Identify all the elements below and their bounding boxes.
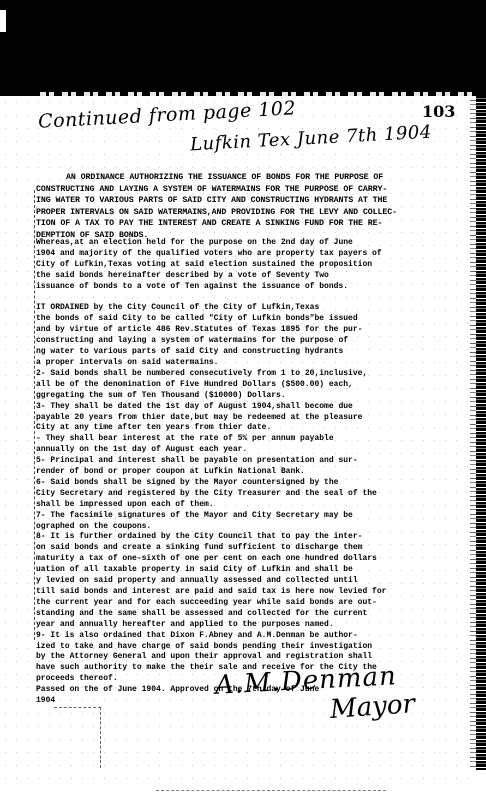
body-line: 3- They shall be dated the 1st day of Au… xyxy=(36,402,353,411)
body-line: by the Attorney General and upon their a… xyxy=(36,652,372,661)
body-line: 9- It is also ordained that Dixon F.Abne… xyxy=(36,631,358,640)
body-line: all be of the denomination of Five Hundr… xyxy=(36,380,353,389)
body-line: ographed on the coupons. xyxy=(36,522,151,531)
body-line: shall be impressed upon each of them. xyxy=(36,500,214,509)
ledger-margin-box xyxy=(54,707,101,768)
title-line: TION OF A TAX TO PAY THE INTEREST AND CR… xyxy=(36,218,456,230)
page-number: 103 xyxy=(422,102,455,121)
body-line: 8- It is further ordained by the City Co… xyxy=(36,532,362,541)
body-line: the said bonds hereinafter described by … xyxy=(36,271,329,280)
body-line: 1904 xyxy=(36,696,55,705)
scan-frayed-edge xyxy=(40,92,480,96)
handwritten-continued-note: Continued from page 102 xyxy=(38,97,297,132)
title-line: AN ORDINANCE AUTHORIZING THE ISSUANCE OF… xyxy=(36,172,456,184)
body-line: annually on the 1st day of August each y… xyxy=(36,445,247,454)
body-line: City of Lufkin,Texas voting at said elec… xyxy=(36,260,372,269)
body-line: 6- Said bonds shall be signed by the May… xyxy=(36,478,338,487)
body-line: standing and the same shall be assessed … xyxy=(36,609,367,618)
body-line: 7- The facsimile signatures of the Mayor… xyxy=(36,511,353,520)
body-line: the current year and for each succeeding… xyxy=(36,598,377,607)
body-line: ized to take and have charge of said bon… xyxy=(36,642,372,651)
body-line: and by virtue of article 486 Rev.Statute… xyxy=(36,325,362,334)
body-line: a proper intervals on said watermains. xyxy=(36,358,218,367)
body-line: proceeds thereof. xyxy=(36,674,118,683)
scan-edge xyxy=(0,10,6,32)
body-line: payable 20 years from thier date,but may… xyxy=(36,413,362,422)
body-line: City Secretary and registered by the Cit… xyxy=(36,489,377,498)
ordinance-body: Whereas,at an election held for the purp… xyxy=(36,238,466,707)
scan-dark-margin xyxy=(0,0,486,96)
body-line: maturity a tax of one-sixth of one per c… xyxy=(36,554,377,563)
handwritten-place-date: Lufkin Tex June 7th 1904 xyxy=(190,122,433,156)
body-line: 2- Said bonds shall be numbered consecut… xyxy=(36,369,367,378)
body-line: uation of all taxable property in said C… xyxy=(36,565,353,574)
body-line: IT ORDAINED by the City Council of the C… xyxy=(36,303,319,312)
body-line: ng water to various parts of said City a… xyxy=(36,347,343,356)
body-line: on said bonds and create a sinking fund … xyxy=(36,543,362,552)
body-line: render of bond or proper coupon at Lufki… xyxy=(36,467,305,476)
title-line: ING WATER TO VARIOUS PARTS OF SAID CITY … xyxy=(36,195,456,207)
body-line: 1904 and majority of the qualified voter… xyxy=(36,249,382,258)
body-line: year and annually hereafter and applied … xyxy=(36,620,334,629)
scan-right-edge-noise xyxy=(470,100,476,770)
body-line: issuance of bonds to a vote of Ten again… xyxy=(36,282,348,291)
signature-title: Mayor xyxy=(329,689,416,725)
body-line: - They shall bear interest at the rate o… xyxy=(36,434,334,443)
body-line: ggregating the sum of Ten Thousand ($100… xyxy=(36,391,286,400)
ledger-bottom-rule xyxy=(156,790,386,791)
scan-right-edge xyxy=(476,96,486,770)
body-line: Whereas,at an election held for the purp… xyxy=(36,238,353,247)
ordinance-title: AN ORDINANCE AUTHORIZING THE ISSUANCE OF… xyxy=(36,172,456,241)
body-lines: Whereas,at an election held for the purp… xyxy=(36,238,466,707)
title-line: PROPER INTERVALS ON SAID WATERMAINS,AND … xyxy=(36,207,456,219)
body-line: the bonds of said City to be called "Cit… xyxy=(36,314,358,323)
body-line: y levied on said property and annually a… xyxy=(36,576,358,585)
body-line: 5- Principal and interest shall be payab… xyxy=(36,456,358,465)
title-line: CONSTRUCTING AND LAYING A SYSTEM OF WATE… xyxy=(36,184,456,196)
body-line: constructing and laying a system of wate… xyxy=(36,336,348,345)
body-line: City at any time after ten years from th… xyxy=(36,423,271,432)
body-line: till said bonds and interest are paid an… xyxy=(36,587,386,596)
